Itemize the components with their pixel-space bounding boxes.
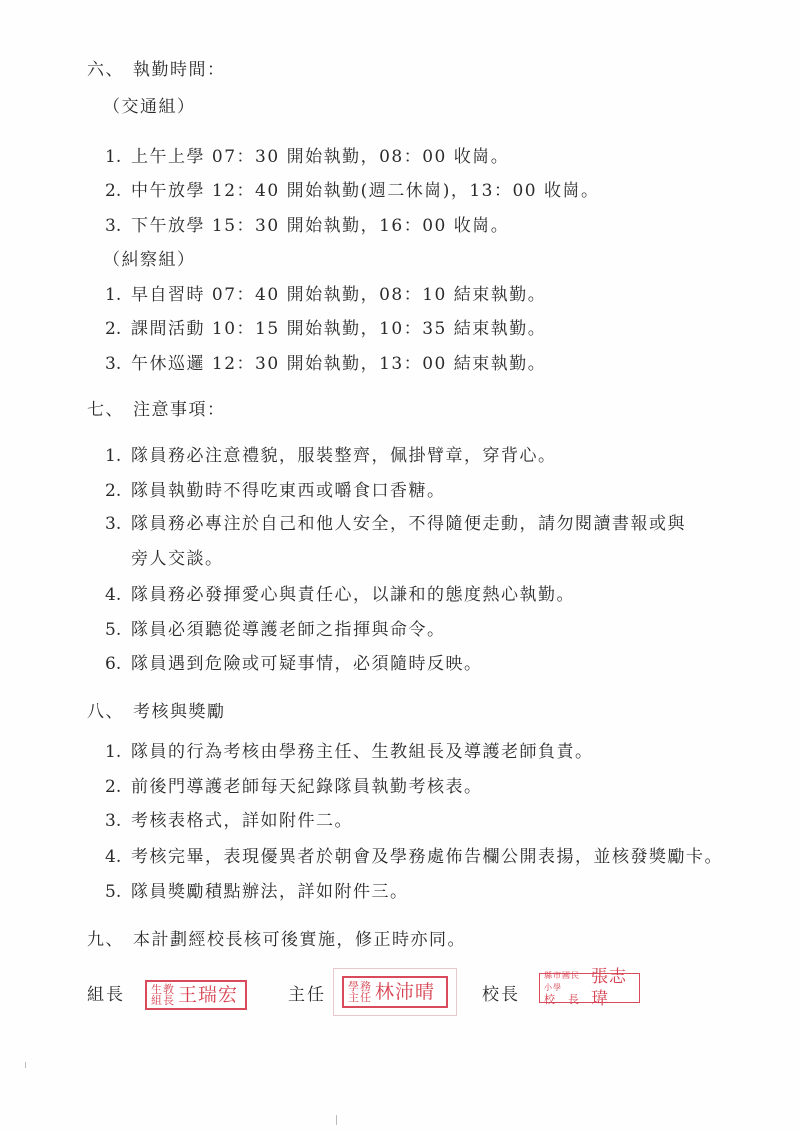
item-text: 隊員務必專注於自己和他人安全，不得隨便走動，請勿閱讀書報或與 [131, 514, 686, 534]
seal-stamp-director: 學務 主任 林沛晴 [342, 976, 448, 1008]
item-text: 隊員務必發揮愛心與責任心，以謙和的態度熱心執勤。 [131, 585, 575, 605]
seal-stamp-principal: 縣市國民小學 校 長 張志瑋 [539, 973, 640, 1003]
item-number: 3. [105, 353, 131, 375]
item-number: 1. [105, 146, 131, 168]
group-label-traffic: （交通組） [103, 96, 196, 118]
section-marker: 七、 [87, 399, 133, 421]
item-number: 2. [105, 180, 131, 202]
item-text: 隊員執勤時不得吃東西或嚼食口香糖。 [131, 481, 446, 501]
item-number: 3. [105, 215, 131, 237]
seal-name: 王瑞宏 [178, 984, 238, 1006]
list-item: 1.上午上學 07：30 開始執勤，08：00 收崗。 [105, 146, 509, 168]
list-item: 3.午休巡邏 12：30 開始執勤，13：00 結束執勤。 [105, 353, 546, 375]
list-item: 3.考核表格式，詳如附件二。 [105, 810, 353, 832]
item-text: 隊員必須聽從導護老師之指揮與命令。 [131, 620, 446, 640]
item-number: 1. [105, 284, 131, 306]
item-number: 4. [105, 846, 131, 868]
list-item: 3.下午放學 15：30 開始執勤，16：00 收崗。 [105, 215, 509, 237]
section-title: 考核與獎勵 [133, 702, 226, 722]
list-item: 1.隊員的行為考核由學務主任、生教組長及導護老師負責。 [105, 741, 594, 763]
section-heading-7: 七、注意事項： [87, 399, 226, 421]
section-heading-6: 六、執勤時間： [87, 59, 226, 81]
item-text: 中午放學 12：40 開始執勤(週二休崗)，13：00 收崗。 [131, 181, 600, 201]
seal-name: 張志瑋 [591, 966, 635, 1010]
item-number: 1. [105, 445, 131, 467]
group-label-patrol: （糾察組） [103, 249, 196, 271]
item-number: 3. [105, 513, 131, 535]
seal-title: 學務 主任 [348, 981, 372, 1003]
section-title: 執勤時間： [133, 60, 226, 80]
list-item: 3.隊員務必專注於自己和他人安全，不得隨便走動，請勿閱讀書報或與 [105, 513, 686, 535]
section-marker: 六、 [87, 59, 133, 81]
scan-speck [25, 1062, 26, 1068]
list-item: 4.考核完畢，表現優異者於朝會及學務處佈告欄公開表揚，並核發獎勵卡。 [105, 846, 723, 868]
item-number: 2. [105, 480, 131, 502]
item-text: 課間活動 10：15 開始執勤，10：35 結束執勤。 [131, 319, 546, 339]
seal-title: 縣市國民小學 校 長 [544, 970, 588, 1006]
seal-stamp-section-chief: 生教 組長 王瑞宏 [145, 980, 247, 1010]
seal-name: 林沛晴 [375, 981, 435, 1003]
scan-speck [336, 1115, 337, 1125]
item-text: 前後門導護老師每天紀錄隊員執勤考核表。 [131, 777, 483, 797]
item-number: 3. [105, 810, 131, 832]
section-heading-9: 九、本計劃經校長核可後實施，修正時亦同。 [87, 929, 466, 951]
list-item: 6.隊員遇到危險或可疑事情，必須隨時反映。 [105, 653, 483, 675]
signature-label-principal: 校長 [482, 984, 520, 1006]
list-item: 2.課間活動 10：15 開始執勤，10：35 結束執勤。 [105, 318, 546, 340]
list-item: 2.中午放學 12：40 開始執勤(週二休崗)，13：00 收崗。 [105, 180, 600, 202]
item-text: 考核完畢，表現優異者於朝會及學務處佈告欄公開表揚，並核發獎勵卡。 [131, 847, 723, 867]
item-text: 隊員遇到危險或可疑事情，必須隨時反映。 [131, 654, 483, 674]
section-title: 本計劃經校長核可後實施，修正時亦同。 [133, 930, 466, 950]
item-continuation: 旁人交談。 [131, 548, 224, 570]
item-text: 早自習時 07：40 開始執勤，08：10 結束執勤。 [131, 285, 546, 305]
section-marker: 九、 [87, 929, 133, 951]
list-item: 1.早自習時 07：40 開始執勤，08：10 結束執勤。 [105, 284, 546, 306]
item-text: 下午放學 15：30 開始執勤，16：00 收崗。 [131, 216, 509, 236]
item-number: 6. [105, 653, 131, 675]
document-page: 六、執勤時間： （交通組） 1.上午上學 07：30 開始執勤，08：00 收崗… [0, 0, 800, 1131]
item-text: 隊員獎勵積點辦法，詳如附件三。 [131, 882, 409, 902]
item-number: 1. [105, 741, 131, 763]
item-text: 上午上學 07：30 開始執勤，08：00 收崗。 [131, 147, 509, 167]
section-heading-8: 八、考核與獎勵 [87, 701, 226, 723]
list-item: 1.隊員務必注意禮貌，服裝整齊，佩掛臂章，穿背心。 [105, 445, 557, 467]
item-number: 2. [105, 318, 131, 340]
item-text: 考核表格式，詳如附件二。 [131, 811, 353, 831]
item-number: 4. [105, 584, 131, 606]
list-item: 5.隊員獎勵積點辦法，詳如附件三。 [105, 881, 409, 903]
list-item: 2.前後門導護老師每天紀錄隊員執勤考核表。 [105, 776, 483, 798]
item-number: 5. [105, 881, 131, 903]
signature-label-section-chief: 組長 [87, 984, 125, 1006]
item-text: 隊員務必注意禮貌，服裝整齊，佩掛臂章，穿背心。 [131, 446, 557, 466]
list-item: 4.隊員務必發揮愛心與責任心，以謙和的態度熱心執勤。 [105, 584, 575, 606]
item-text: 隊員的行為考核由學務主任、生教組長及導護老師負責。 [131, 742, 594, 762]
section-title: 注意事項： [133, 400, 226, 420]
list-item: 5.隊員必須聽從導護老師之指揮與命令。 [105, 619, 446, 641]
item-text: 午休巡邏 12：30 開始執勤，13：00 結束執勤。 [131, 354, 546, 374]
item-number: 2. [105, 776, 131, 798]
seal-title: 生教 組長 [151, 984, 175, 1006]
list-item: 2.隊員執勤時不得吃東西或嚼食口香糖。 [105, 480, 446, 502]
section-marker: 八、 [87, 701, 133, 723]
item-number: 5. [105, 619, 131, 641]
signature-label-director: 主任 [288, 984, 326, 1006]
